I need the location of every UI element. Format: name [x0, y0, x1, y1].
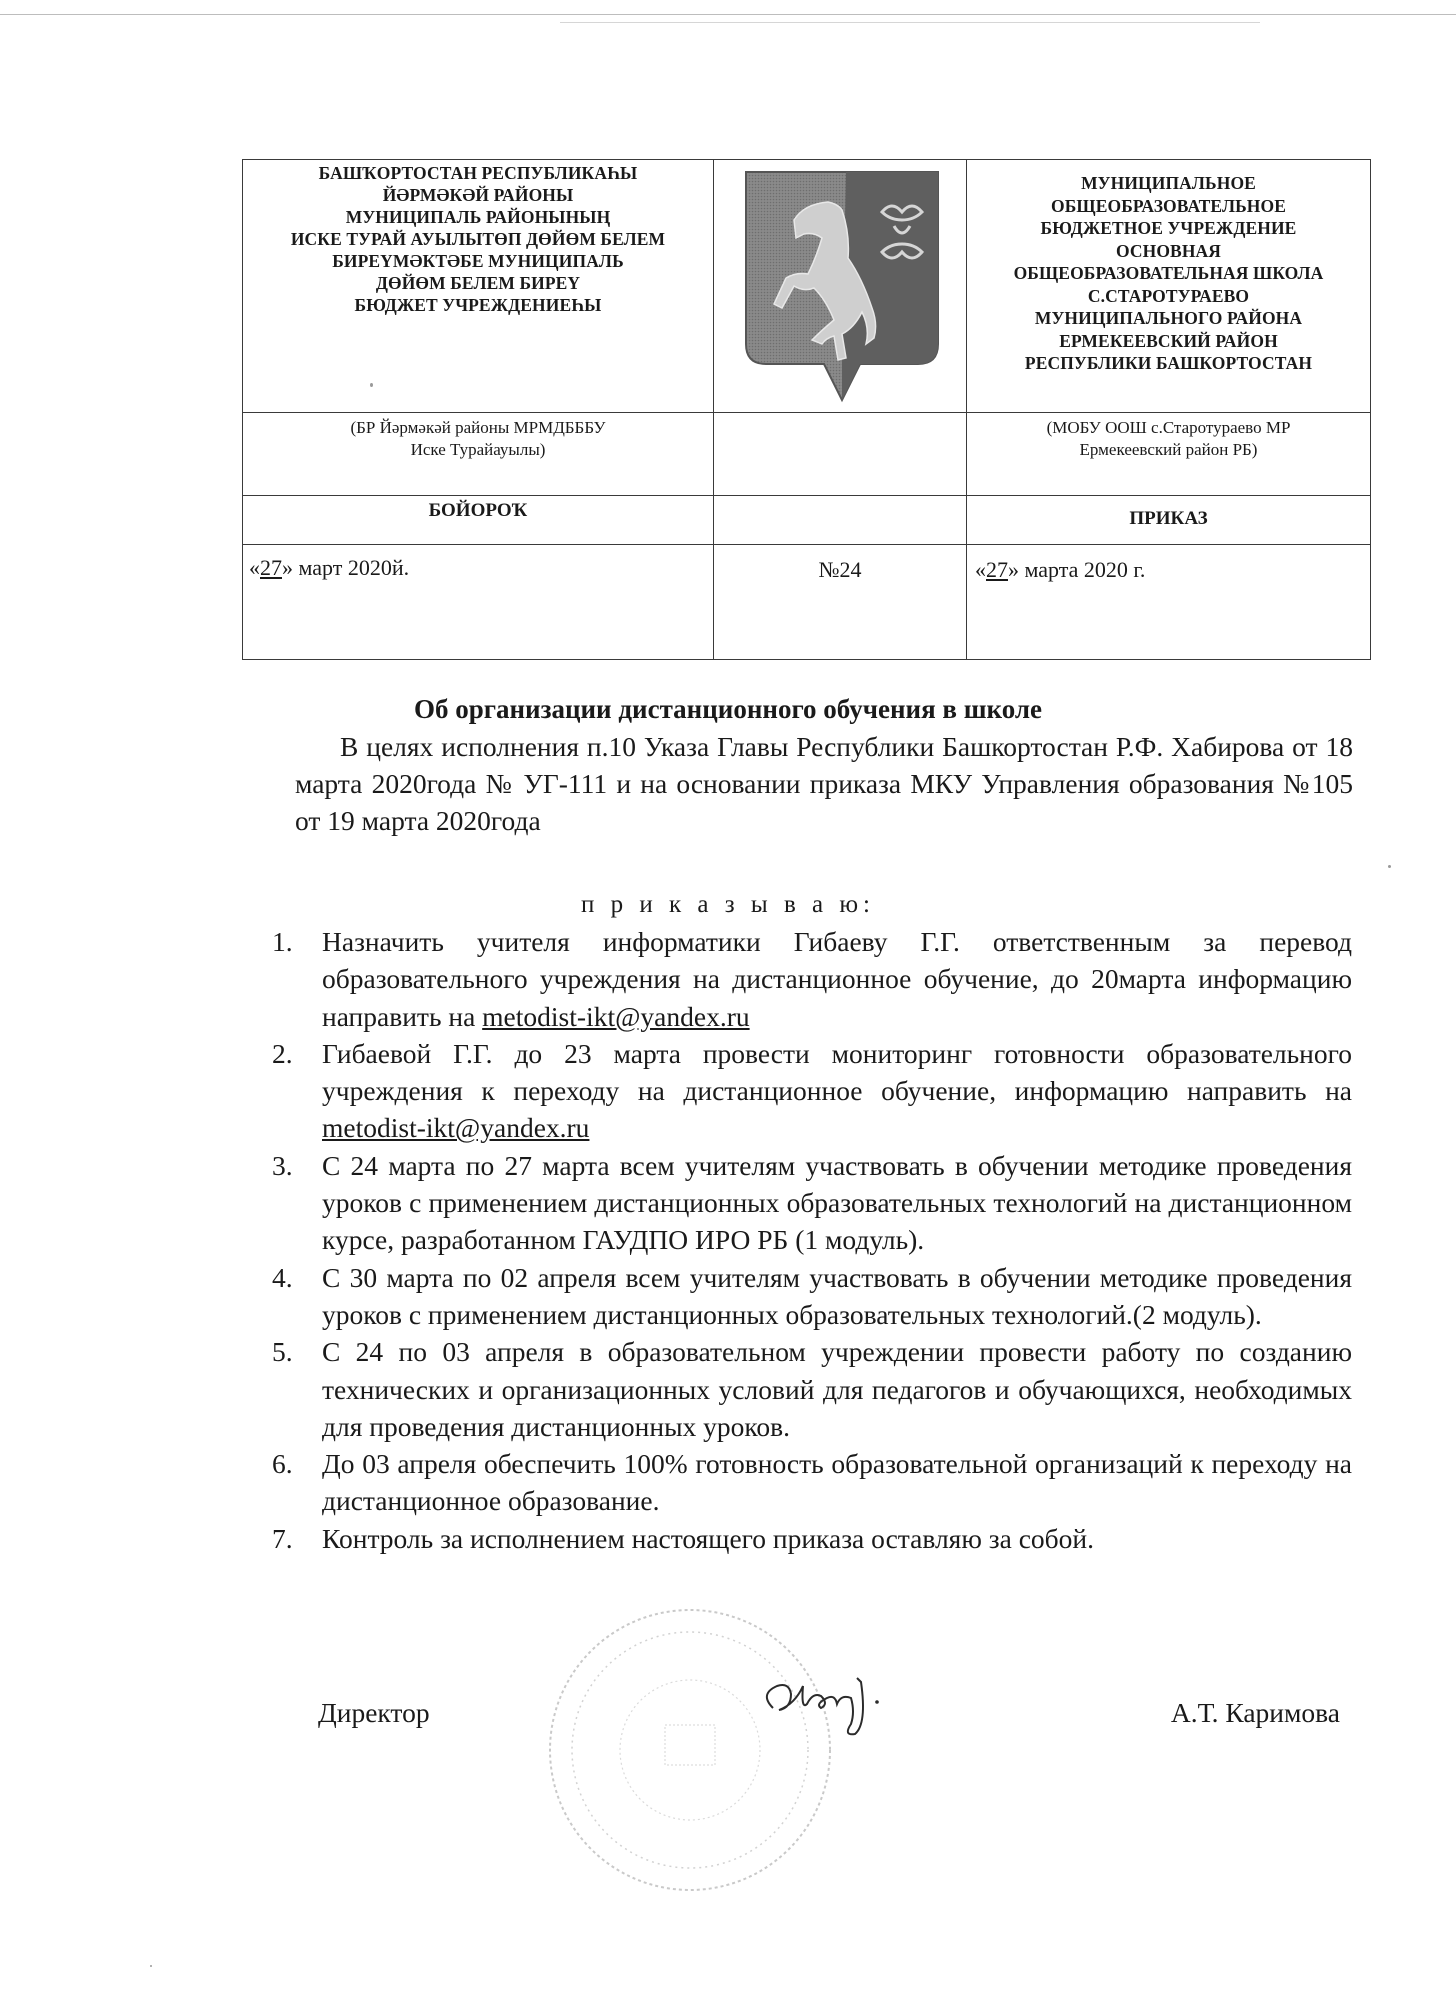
org-name-line: МУНИЦИПАЛЬНОЕ: [967, 172, 1370, 195]
order-item: 4.С 30 марта по 02 апреля всем учителям …: [272, 1259, 1352, 1334]
org-name-russian: МУНИЦИПАЛЬНОЕОБЩЕОБРАЗОВАТЕЛЬНОЕБЮДЖЕТНО…: [967, 160, 1370, 375]
signer-name: А.Т. Каримова: [1171, 1697, 1340, 1729]
org-name-line: БЮДЖЕТНОЕ УЧРЕЖДЕНИЕ: [967, 217, 1370, 240]
org-name-line: ОБЩЕОБРАЗОВАТЕЛЬНОЕ: [967, 195, 1370, 218]
email-link[interactable]: metodist-ikt@yandex.ru: [322, 1112, 589, 1143]
org-short-line: (МОБУ ООШ с.Старотураево МР: [967, 417, 1370, 439]
coat-of-arms-icon: [714, 160, 966, 412]
org-name-line: ЙӘРМӘКӘЙ РАЙОНЫ: [243, 184, 713, 206]
order-item-number: 3.: [272, 1147, 293, 1184]
order-item-text: До 03 апреля обеспечить 100% готовность …: [322, 1445, 1352, 1520]
date-left-cell: «27» март 2020й.: [243, 545, 714, 660]
org-name-line: ЕРМЕКЕЕВСКИЙ РАЙОН: [967, 330, 1370, 353]
document-title: Об организации дистанционного обучения в…: [0, 692, 1456, 726]
org-name-line: БАШҠОРТОСТАН РЕСПУБЛИКАҺЫ: [243, 162, 713, 184]
date-right-cell: «27» марта 2020 г.: [967, 545, 1371, 660]
round-seal-stamp-icon: [540, 1600, 840, 1900]
order-item: 7.Контроль за исполнением настоящего при…: [272, 1520, 1352, 1557]
order-items-list: 1.Назначить учителя информатики Гибаеву …: [272, 923, 1352, 1557]
letterhead-right-org: МУНИЦИПАЛЬНОЕОБЩЕОБРАЗОВАТЕЛЬНОЕБЮДЖЕТНО…: [967, 160, 1371, 413]
empty-cell: [714, 413, 967, 496]
order-item-text: Назначить учителя информатики Гибаеву Г.…: [322, 923, 1352, 1035]
order-item-number: 1.: [272, 923, 293, 960]
order-item: 5.С 24 по 03 апреля в образовательном уч…: [272, 1333, 1352, 1445]
org-name-line: МУНИЦИПАЛЬ РАЙОНЫНЫҢ: [243, 206, 713, 228]
org-short-name-russian: (МОБУ ООШ с.Старотураево МРЕрмекеевский …: [967, 413, 1370, 461]
empty-cell: [714, 496, 967, 545]
org-short-line: (БР Йәрмәкәй районы МРМДБББУ: [243, 417, 713, 439]
org-short-name-bashkir: (БР Йәрмәкәй районы МРМДБББУИске Турайау…: [243, 413, 713, 461]
order-item: 2.Гибаевой Г.Г. до 23 марта провести мон…: [272, 1035, 1352, 1147]
order-word: п р и к а з ы в а ю:: [0, 888, 1456, 922]
org-name-line: С.СТАРОТУРАЕВО: [967, 285, 1370, 308]
letterhead-right-short: (МОБУ ООШ с.Старотураево МРЕрмекеевский …: [967, 413, 1371, 496]
order-item-text: С 30 марта по 02 апреля всем учителям уч…: [322, 1259, 1352, 1334]
preamble-paragraph: В целях исполнения п.10 Указа Главы Респ…: [295, 728, 1353, 839]
order-item-text: Гибаевой Г.Г. до 23 марта провести монит…: [322, 1035, 1352, 1147]
order-item-text: Контроль за исполнением настоящего прика…: [322, 1520, 1352, 1557]
org-name-line: ОБЩЕОБРАЗОВАТЕЛЬНАЯ ШКОЛА: [967, 262, 1370, 285]
doc-kind-right-cell: ПРИКАЗ: [967, 496, 1371, 545]
scan-edge-line: [0, 14, 1456, 15]
doc-kind-russian: ПРИКАЗ: [967, 496, 1370, 530]
org-short-line: Ермекеевский район РБ): [967, 439, 1370, 461]
org-short-line: Иске Турайауылы): [243, 439, 713, 461]
org-name-line: БЮДЖЕТ УЧРЕЖДЕНИЕҺЫ: [243, 294, 713, 316]
handwritten-signature-icon: [755, 1664, 915, 1744]
org-name-bashkir: БАШҠОРТОСТАН РЕСПУБЛИКАҺЫЙӘРМӘКӘЙ РАЙОНЫ…: [243, 160, 713, 316]
scan-speck: [1388, 865, 1391, 868]
doc-kind-bashkir: БОЙОРОҠ: [243, 496, 713, 522]
order-item-number: 6.: [272, 1445, 293, 1482]
order-item: 6.До 03 апреля обеспечить 100% готовност…: [272, 1445, 1352, 1520]
org-name-line: БИРЕҮМӘКТӘБЕ МУНИЦИПАЛЬ: [243, 250, 713, 272]
order-item: 3.С 24 марта по 27 марта всем учителям у…: [272, 1147, 1352, 1259]
org-name-line: ИСКЕ ТУРАЙ АУЫЛЫТӨП ДӨЙӨМ БЕЛЕМ: [243, 228, 713, 250]
scan-speck: [370, 383, 373, 387]
date-bashkir: «27» март 2020й.: [243, 545, 713, 581]
order-item-text: С 24 марта по 27 марта всем учителям уча…: [322, 1147, 1352, 1259]
org-name-line: ДӨЙӨМ БЕЛЕМ БИРЕҮ: [243, 272, 713, 294]
doc-kind-left-cell: БОЙОРОҠ: [243, 496, 714, 545]
org-name-line: ОСНОВНАЯ: [967, 240, 1370, 263]
org-name-line: МУНИЦИПАЛЬНОГО РАЙОНА: [967, 307, 1370, 330]
order-item-text: С 24 по 03 апреля в образовательном учре…: [322, 1333, 1352, 1445]
order-number-cell: №24: [714, 545, 967, 660]
letterhead-left-short: (БР Йәрмәкәй районы МРМДБББУИске Турайау…: [243, 413, 714, 496]
order-number: №24: [714, 545, 966, 583]
order-item-number: 5.: [272, 1333, 293, 1370]
signer-position: Директор: [318, 1697, 430, 1729]
letterhead-table: БАШҠОРТОСТАН РЕСПУБЛИКАҺЫЙӘРМӘКӘЙ РАЙОНЫ…: [242, 159, 1371, 660]
date-russian: «27» марта 2020 г.: [967, 545, 1370, 583]
order-item-number: 7.: [272, 1520, 293, 1557]
order-item-number: 4.: [272, 1259, 293, 1296]
letterhead-left-org: БАШҠОРТОСТАН РЕСПУБЛИКАҺЫЙӘРМӘКӘЙ РАЙОНЫ…: [243, 160, 714, 413]
order-item: 1.Назначить учителя информатики Гибаеву …: [272, 923, 1352, 1035]
scan-edge-line: [560, 22, 1260, 23]
letterhead-emblem-cell: [714, 160, 967, 413]
scan-speck: [150, 1965, 152, 1967]
email-link[interactable]: metodist-ikt@yandex.ru: [482, 1001, 749, 1032]
org-name-line: РЕСПУБЛИКИ БАШКОРТОСТАН: [967, 352, 1370, 375]
order-item-number: 2.: [272, 1035, 293, 1072]
